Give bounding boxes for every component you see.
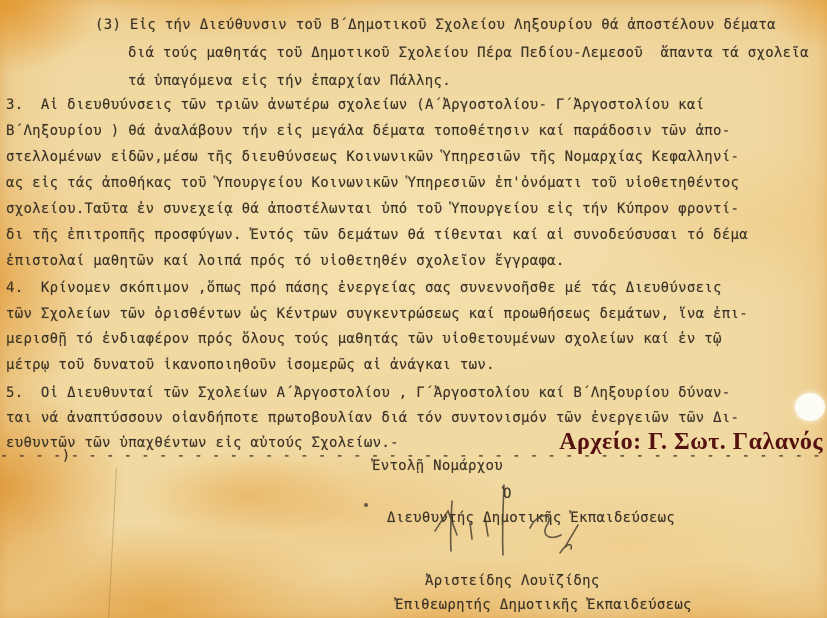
ink-speck (364, 503, 368, 507)
inspector-title: Ἐπιθεωρητής Δημοτικῆς Ἐκπαιδεύσεως (395, 597, 692, 613)
paper-crease (108, 468, 117, 618)
paper-hole (795, 393, 825, 421)
signatory-name: Ἀριστείδης Λουϊζίδης (425, 573, 600, 589)
paragraph-4: 4. Κρίνομεν σκόπιμον ,ὅπως πρό πάσης ἐνε… (6, 276, 824, 378)
handwritten-signature (415, 483, 615, 578)
paragraph-3: 3. Αἱ διευθυύνσεις τῶν τριῶν ἀνωτέρω σχο… (6, 92, 824, 274)
by-order-line: Ἐντολῇ Νομάρχου (372, 458, 503, 474)
paragraph-item-3: (3) Εἰς τήν Διεύθυνσιν τοῦ Β΄Δημοτικοῦ Σ… (128, 11, 818, 95)
scanned-letter-page: (3) Εἰς τήν Διεύθυνσιν τοῦ Β΄Δημοτικοῦ Σ… (0, 0, 827, 618)
